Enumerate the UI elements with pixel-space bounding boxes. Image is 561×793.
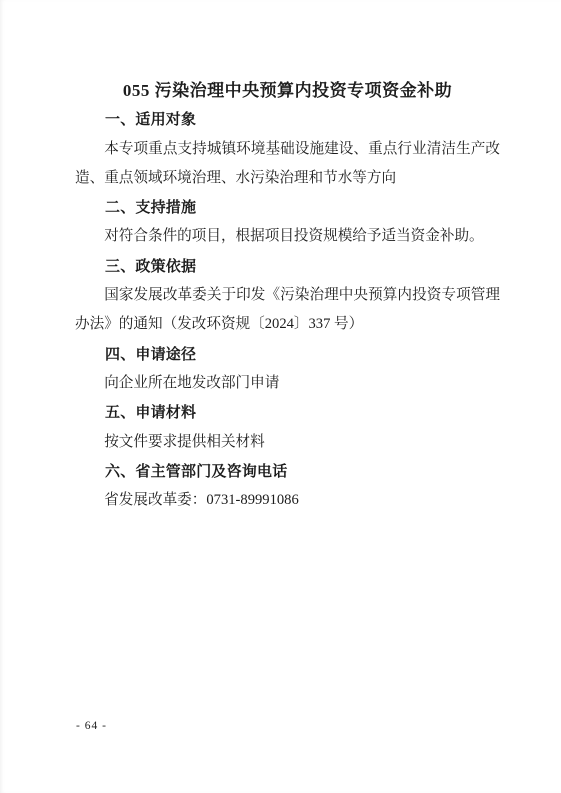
- section-body-applicable-targets: 本专项重点支持城镇环境基础设施建设、重点行业清洁生产改造、重点领域环境治理、水污…: [75, 135, 500, 194]
- section-heading-application-channel: 四、申请途径: [75, 340, 500, 369]
- section-heading-application-materials: 五、申请材料: [75, 398, 500, 427]
- section-body-application-materials: 按文件要求提供相关材料: [75, 428, 500, 457]
- page-title: 055 污染治理中央预算内投资专项资金补助: [75, 76, 500, 105]
- section-body-support-measures: 对符合条件的项目，根据项目投资规模给予适当资金补助。: [75, 222, 500, 251]
- section-heading-support-measures: 二、支持措施: [75, 193, 500, 222]
- document-content: 055 污染治理中央预算内投资专项资金补助 一、适用对象 本专项重点支持城镇环境…: [75, 76, 500, 515]
- section-body-provincial-department-contact: 省发展改革委：0731-89991086: [75, 486, 500, 515]
- section-heading-provincial-department-contact: 六、省主管部门及咨询电话: [75, 457, 500, 486]
- section-body-policy-basis: 国家发展改革委关于印发《污染治理中央预算内投资专项管理办法》的通知（发改环资规〔…: [75, 281, 500, 340]
- section-heading-applicable-targets: 一、适用对象: [75, 105, 500, 134]
- page-number: - 64 -: [76, 720, 107, 732]
- section-heading-policy-basis: 三、政策依据: [75, 252, 500, 281]
- document-page: 055 污染治理中央预算内投资专项资金补助 一、适用对象 本专项重点支持城镇环境…: [0, 0, 561, 793]
- section-body-application-channel: 向企业所在地发改部门申请: [75, 369, 500, 398]
